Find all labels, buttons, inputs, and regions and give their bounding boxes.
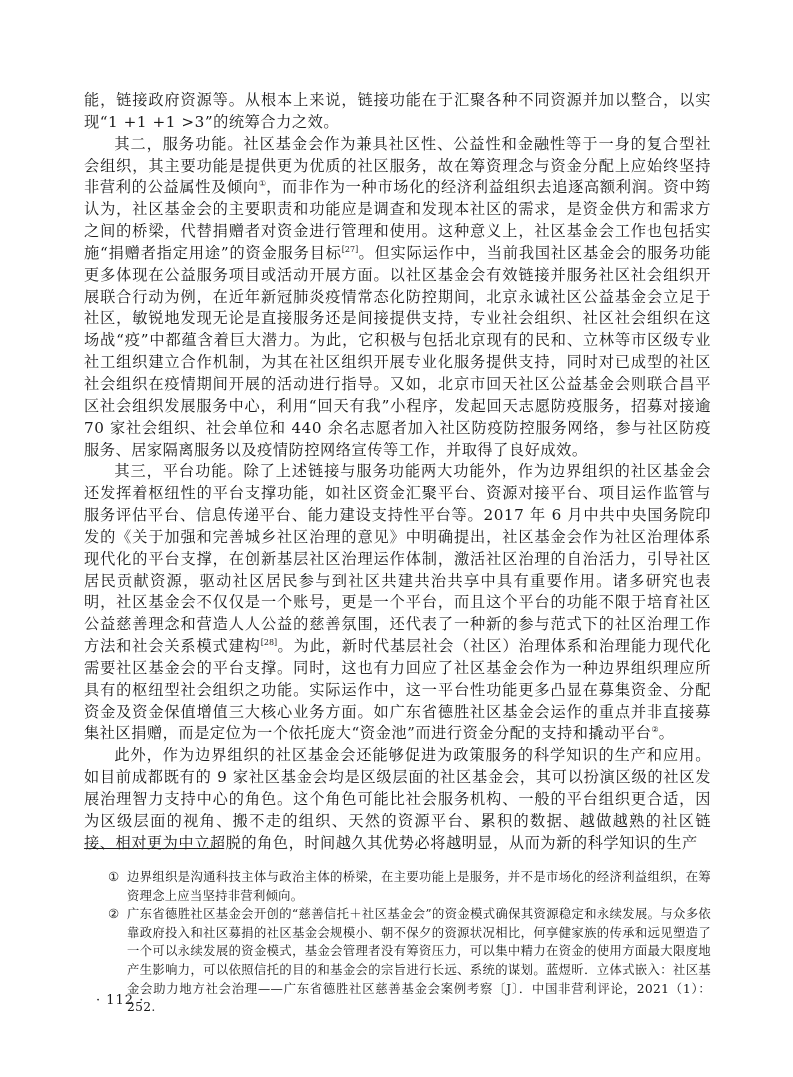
paragraph-knowledge-production: 此外，作为边界组织的社区基金会还能够促进为政策服务的科学知识的生产和应用。如目前…	[84, 745, 711, 854]
page-body: 能，链接政府资源等。从根本上来说，链接功能在于汇聚各种不同资源并加以整合，以实现…	[84, 90, 711, 855]
footnote-text: 广东省德胜社区基金会开创的“慈善信托＋社区基金会”的资金模式确保其资源稳定和永续…	[127, 907, 711, 1014]
page-number: · 112 ·	[96, 993, 144, 1008]
footnote-1: ①边界组织是沟通科技主体与政治主体的桥梁，在主要功能上是服务，并不是市场化的经济…	[108, 868, 711, 905]
paragraph-platform-function: 其三，平台功能。除了上述链接与服务功能两大功能外，作为边界组织的社区基金会还发挥…	[84, 461, 711, 745]
footnote-2: ②广东省德胜社区基金会开创的“慈善信托＋社区基金会”的资金模式确保其资源稳定和永…	[108, 905, 711, 1017]
body-text: 能，链接政府资源等。从根本上来说，链接功能在于汇聚各种不同资源并加以整合，以实现…	[84, 90, 711, 855]
paragraph-text: 。但实际运作中，当前我国社区基金会的服务功能更多体现在公益服务项目或活动开展方面…	[84, 244, 711, 459]
paragraph-linking-conclusion: 能，链接政府资源等。从根本上来说，链接功能在于汇聚各种不同资源并加以整合，以实现…	[84, 90, 711, 134]
citation-ref-28[interactable]: [28]	[261, 638, 277, 647]
paragraph-text: 其三，平台功能。除了上述链接与服务功能两大功能外，作为边界组织的社区基金会还发挥…	[84, 462, 711, 655]
paragraph-text: 。	[659, 724, 675, 742]
citation-ref-27[interactable]: [27]	[342, 245, 358, 254]
footnote-divider	[84, 848, 224, 849]
footnotes: ①边界组织是沟通科技主体与政治主体的桥梁，在主要功能上是服务，并不是市场化的经济…	[108, 868, 711, 1017]
footnote-text: 边界组织是沟通科技主体与政治主体的桥梁，在主要功能上是服务，并不是市场化的经济利…	[127, 870, 711, 903]
footnote-marker: ②	[108, 905, 119, 924]
paragraph-service-function: 其二，服务功能。社区基金会作为兼具社区性、公益性和金融性等于一身的复合型社会组织…	[84, 134, 711, 462]
footnote-ref-2[interactable]: ②	[651, 725, 658, 734]
footnote-marker: ①	[108, 868, 119, 887]
